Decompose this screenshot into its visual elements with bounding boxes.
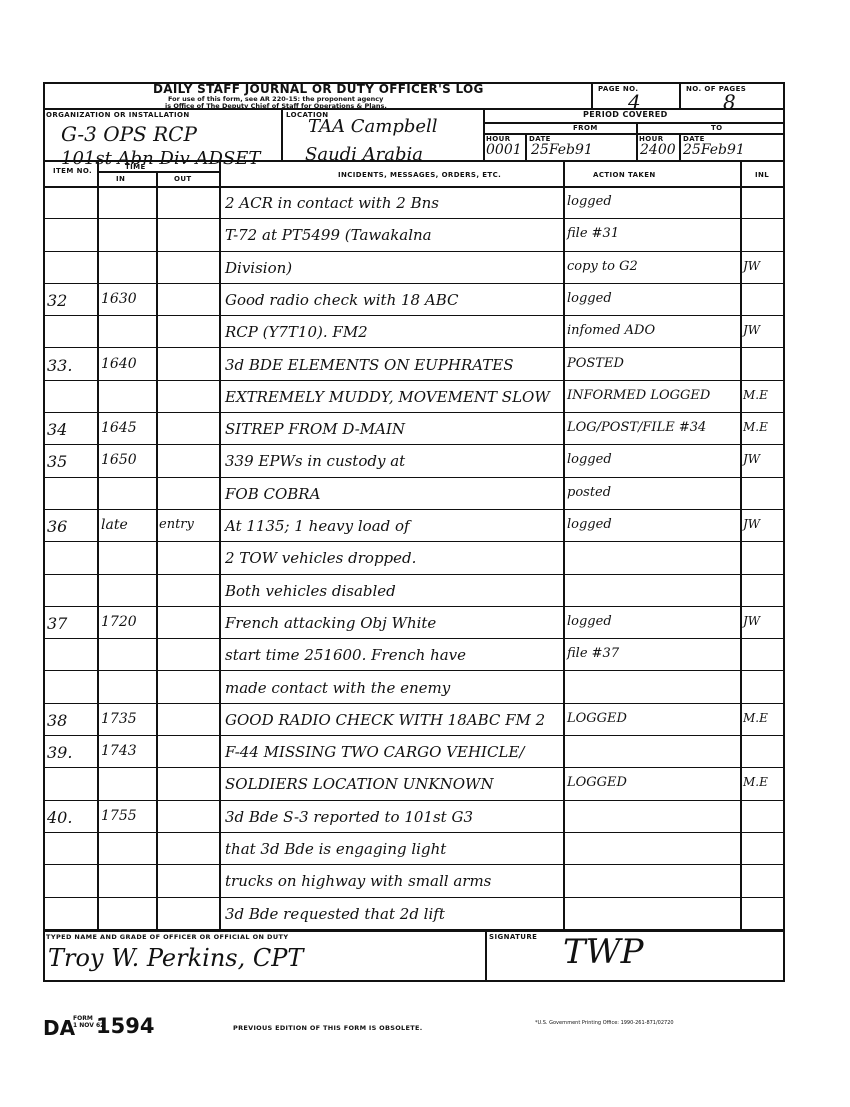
time-in-cell[interactable]: 1720 bbox=[101, 614, 137, 630]
incident-cell[interactable]: SOLDIERS LOCATION UNKNOWN bbox=[225, 775, 494, 793]
table-row: that 3d Bde is engaging light bbox=[43, 832, 785, 864]
item-cell[interactable]: 34 bbox=[47, 420, 67, 439]
action-cell[interactable]: posted bbox=[567, 485, 611, 500]
table-row: 3d Bde requested that 2d lift bbox=[43, 897, 785, 929]
item-cell[interactable]: 39. bbox=[47, 743, 72, 762]
item-cell[interactable]: 33. bbox=[47, 356, 72, 375]
action-cell[interactable]: LOGGED bbox=[567, 711, 627, 726]
to-date-value[interactable]: 25Feb91 bbox=[683, 142, 745, 158]
initials-cell[interactable]: JW bbox=[743, 517, 760, 531]
table-row: 2 ACR in contact with 2 Bnslogged bbox=[43, 186, 785, 218]
table-row: 371720French attacking Obj WhiteloggedJW bbox=[43, 606, 785, 638]
action-cell[interactable]: file #31 bbox=[567, 226, 619, 241]
action-cell[interactable]: infomed ADO bbox=[567, 323, 655, 338]
no-of-pages-label: NO. OF PAGES bbox=[686, 85, 746, 93]
table-row: 321630Good radio check with 18 ABClogged bbox=[43, 283, 785, 315]
initials-cell[interactable]: M.E bbox=[743, 420, 768, 434]
time-header: TIME bbox=[125, 163, 146, 171]
incident-cell[interactable]: T-72 at PT5499 (Tawakalna bbox=[225, 226, 432, 244]
action-cell[interactable]: logged bbox=[567, 452, 612, 467]
time-in-cell[interactable]: late bbox=[101, 517, 128, 533]
incident-cell[interactable]: that 3d Bde is engaging light bbox=[225, 840, 446, 858]
time-in-header: IN bbox=[116, 175, 125, 183]
incident-cell[interactable]: SITREP FROM D-MAIN bbox=[225, 420, 405, 438]
initials-cell[interactable]: JW bbox=[743, 259, 760, 273]
table-row: 40.17553d Bde S-3 reported to 101st G3 bbox=[43, 800, 785, 832]
incident-cell[interactable]: Good radio check with 18 ABC bbox=[225, 291, 458, 309]
inl-header: INL bbox=[755, 171, 769, 179]
action-cell[interactable]: logged bbox=[567, 194, 612, 209]
table-row: FOB COBRAposted bbox=[43, 477, 785, 509]
initials-cell[interactable]: M.E bbox=[743, 711, 768, 725]
table-row: trucks on highway with small arms bbox=[43, 864, 785, 896]
incident-cell[interactable]: start time 251600. French have bbox=[225, 646, 466, 664]
organization-label: ORGANIZATION OR INSTALLATION bbox=[46, 111, 190, 119]
table-row: SOLDIERS LOCATION UNKNOWNLOGGEDM.E bbox=[43, 767, 785, 799]
table-row: Division)copy to G2JW bbox=[43, 251, 785, 283]
from-date-value[interactable]: 25Feb91 bbox=[531, 142, 593, 158]
incident-cell[interactable]: Division) bbox=[225, 259, 292, 277]
incident-cell[interactable]: 2 TOW vehicles dropped. bbox=[225, 549, 416, 567]
incidents-header: INCIDENTS, MESSAGES, ORDERS, ETC. bbox=[338, 171, 501, 179]
table-row: 341645SITREP FROM D-MAINLOG/POST/FILE #3… bbox=[43, 412, 785, 444]
initials-cell[interactable]: JW bbox=[743, 452, 760, 466]
to-label: TO bbox=[711, 124, 723, 132]
incident-cell[interactable]: FOB COBRA bbox=[225, 485, 320, 503]
action-cell[interactable]: logged bbox=[567, 614, 612, 629]
incident-cell[interactable]: 3d Bde requested that 2d lift bbox=[225, 905, 445, 923]
item-cell[interactable]: 36 bbox=[47, 517, 67, 536]
form-number: 1594 bbox=[96, 1014, 154, 1038]
table-row: 2 TOW vehicles dropped. bbox=[43, 541, 785, 573]
incident-cell[interactable]: At 1135; 1 heavy load of bbox=[225, 517, 410, 535]
item-no-header: ITEM NO. bbox=[53, 167, 92, 175]
table-row: Both vehicles disabled bbox=[43, 574, 785, 606]
officer-label: TYPED NAME AND GRADE OF OFFICER OR OFFIC… bbox=[46, 933, 288, 941]
location-line1[interactable]: TAA Campbell bbox=[308, 116, 438, 137]
incident-cell[interactable]: 3d Bde S-3 reported to 101st G3 bbox=[225, 808, 473, 826]
table-row: EXTREMELY MUDDY, MOVEMENT SLOWINFORMED L… bbox=[43, 380, 785, 412]
time-in-cell[interactable]: 1743 bbox=[101, 743, 137, 759]
initials-cell[interactable]: M.E bbox=[743, 775, 768, 789]
time-in-cell[interactable]: 1650 bbox=[101, 452, 137, 468]
action-cell[interactable]: LOG/POST/FILE #34 bbox=[567, 420, 706, 435]
incident-cell[interactable]: 3d BDE ELEMENTS ON EUPHRATES bbox=[225, 356, 514, 374]
organization-line1[interactable]: G-3 OPS RCP bbox=[61, 122, 197, 146]
incident-cell[interactable]: EXTREMELY MUDDY, MOVEMENT SLOW bbox=[225, 388, 550, 406]
to-hour-value[interactable]: 2400 bbox=[640, 142, 676, 158]
incident-cell[interactable]: 2 ACR in contact with 2 Bns bbox=[225, 194, 439, 212]
form-da: DA bbox=[43, 1016, 75, 1040]
item-cell[interactable]: 32 bbox=[47, 291, 67, 310]
time-in-cell[interactable]: 1755 bbox=[101, 808, 137, 824]
initials-cell[interactable]: M.E bbox=[743, 388, 768, 402]
table-row: 36lateentryAt 1135; 1 heavy load oflogge… bbox=[43, 509, 785, 541]
time-in-cell[interactable]: 1645 bbox=[101, 420, 137, 436]
time-in-cell[interactable]: 1640 bbox=[101, 356, 137, 372]
action-cell[interactable]: LOGGED bbox=[567, 775, 627, 790]
incident-cell[interactable]: F-44 MISSING TWO CARGO VEHICLE/ bbox=[225, 743, 524, 761]
table-row: T-72 at PT5499 (Tawakalnafile #31 bbox=[43, 218, 785, 250]
action-cell[interactable]: copy to G2 bbox=[567, 259, 638, 274]
signature-label: SIGNATURE bbox=[489, 933, 537, 941]
action-cell[interactable]: logged bbox=[567, 517, 612, 532]
incident-cell[interactable]: RCP (Y7T10). FM2 bbox=[225, 323, 368, 341]
organization-line2[interactable]: 101st Abn Div ADSET bbox=[61, 148, 260, 169]
initials-cell[interactable]: JW bbox=[743, 614, 760, 628]
table-row: 39.1743F-44 MISSING TWO CARGO VEHICLE/ bbox=[43, 735, 785, 767]
from-hour-value[interactable]: 0001 bbox=[486, 142, 522, 158]
table-row: 33.16403d BDE ELEMENTS ON EUPHRATESPOSTE… bbox=[43, 348, 785, 380]
officer-name[interactable]: Troy W. Perkins, CPT bbox=[48, 944, 303, 972]
table-row: made contact with the enemy bbox=[43, 671, 785, 703]
action-cell[interactable]: POSTED bbox=[567, 356, 624, 371]
item-cell[interactable]: 38 bbox=[47, 711, 67, 730]
incident-cell[interactable]: Both vehicles disabled bbox=[225, 582, 396, 600]
table-row: 381735GOOD RADIO CHECK WITH 18ABC FM 2LO… bbox=[43, 703, 785, 735]
time-out-cell[interactable]: entry bbox=[159, 517, 194, 532]
table-row: RCP (Y7T10). FM2infomed ADOJW bbox=[43, 315, 785, 347]
action-cell[interactable]: logged bbox=[567, 291, 612, 306]
action-cell[interactable]: INFORMED LOGGED bbox=[567, 388, 710, 403]
from-label: FROM bbox=[573, 124, 598, 132]
incident-cell[interactable]: trucks on highway with small arms bbox=[225, 872, 491, 890]
item-cell[interactable]: 37 bbox=[47, 614, 67, 633]
action-taken-header: ACTION TAKEN bbox=[593, 171, 656, 179]
incident-cell[interactable]: made contact with the enemy bbox=[225, 679, 450, 697]
time-in-cell[interactable]: 1630 bbox=[101, 291, 137, 307]
incident-cell[interactable]: French attacking Obj White bbox=[225, 614, 436, 632]
signature[interactable]: TWP bbox=[563, 932, 644, 972]
table-row: 351650339 EPWs in custody atloggedJW bbox=[43, 444, 785, 476]
table-row: start time 251600. French havefile #37 bbox=[43, 638, 785, 670]
time-in-cell[interactable]: 1735 bbox=[101, 711, 137, 727]
period-covered-label: PERIOD COVERED bbox=[583, 110, 668, 119]
incident-cell[interactable]: GOOD RADIO CHECK WITH 18ABC FM 2 bbox=[225, 711, 545, 729]
gpo-note: *U.S. Government Printing Office: 1990-2… bbox=[535, 1020, 674, 1026]
no-of-pages-value[interactable]: 8 bbox=[723, 90, 736, 114]
action-cell[interactable]: file #37 bbox=[567, 646, 619, 661]
initials-cell[interactable]: JW bbox=[743, 323, 760, 337]
previous-edition-note: PREVIOUS EDITION OF THIS FORM IS OBSOLET… bbox=[233, 1024, 422, 1032]
item-cell[interactable]: 35 bbox=[47, 452, 67, 471]
item-cell[interactable]: 40. bbox=[47, 808, 72, 827]
incident-cell[interactable]: 339 EPWs in custody at bbox=[225, 452, 405, 470]
time-out-header: OUT bbox=[174, 175, 192, 183]
